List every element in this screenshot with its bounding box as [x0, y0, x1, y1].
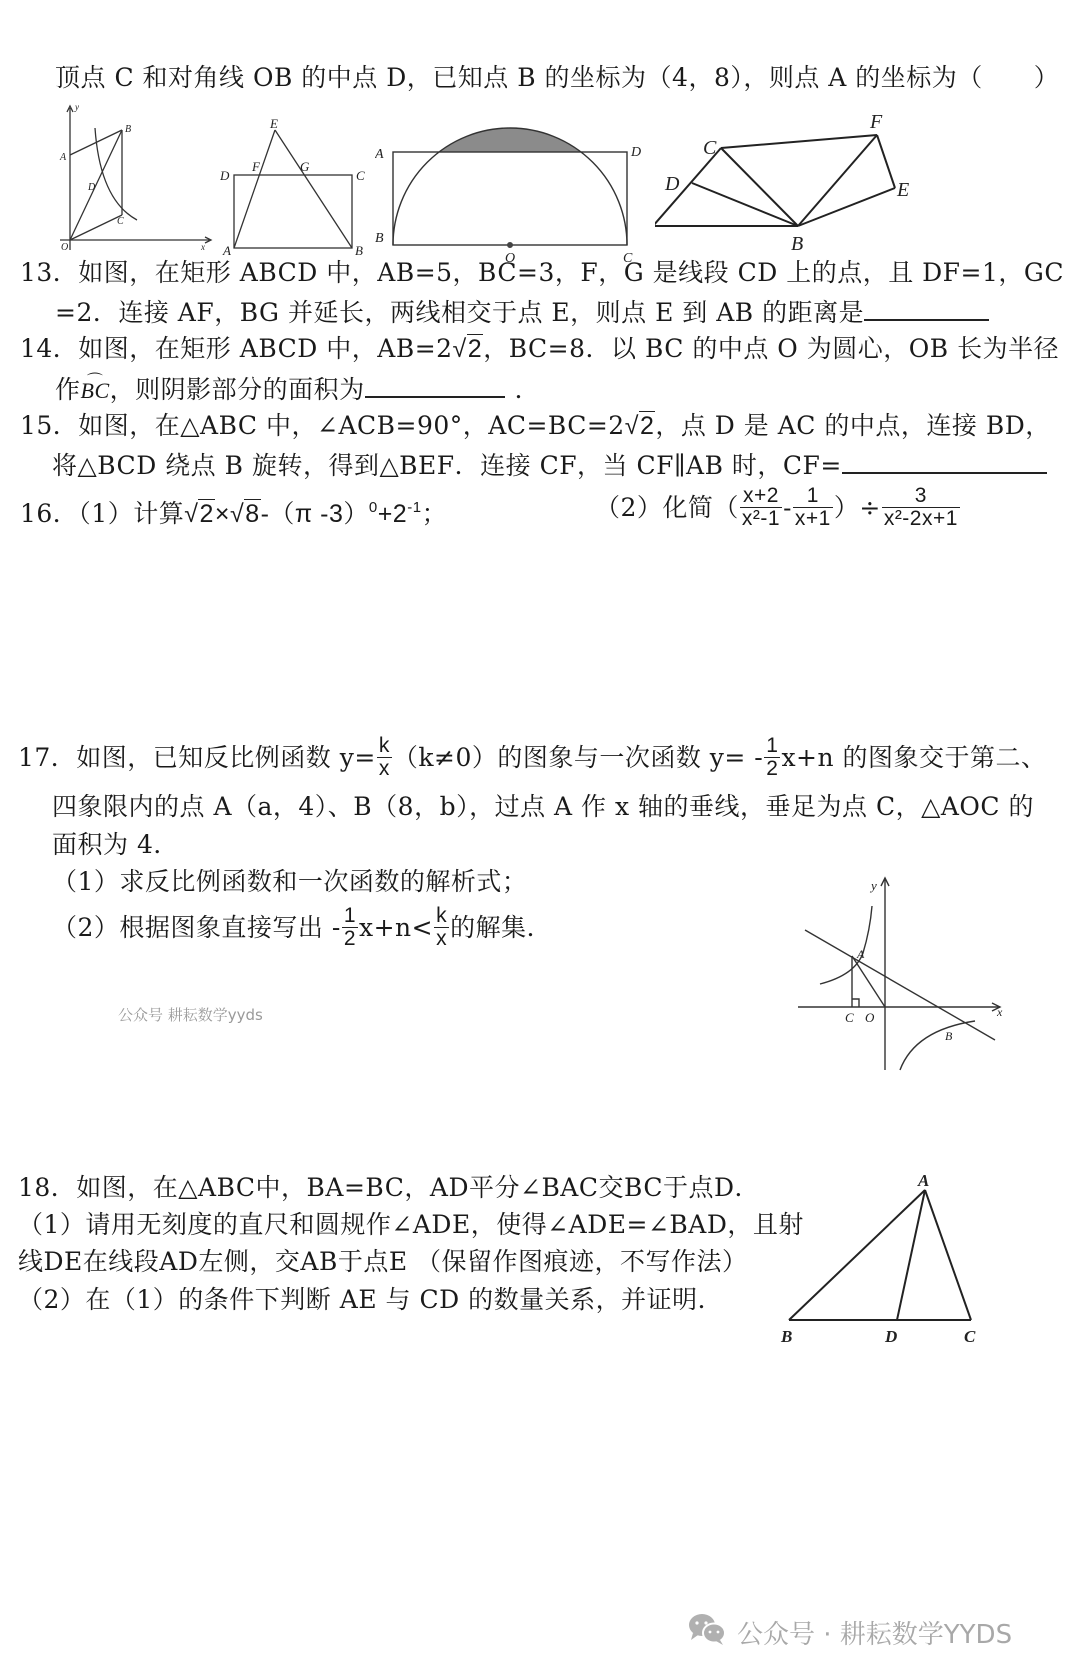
q18-line-3: 线DE在线段AD左侧，交AB于点E （保留作图痕迹，不写作法） — [18, 1246, 748, 1278]
fig17-label-c: C — [845, 1010, 854, 1025]
q14-line-2-a: 作 — [55, 375, 81, 404]
q14-answer-blank[interactable] — [365, 372, 505, 398]
q13-line-2-text: =2．连接 AF，BG 并延长，两线相交于点 E，则点 E 到 AB 的距离是 — [55, 298, 864, 327]
q17-sub-1: （1）求反比例函数和一次函数的解析式； — [52, 866, 527, 898]
fraction: 3x²-2x+1 — [882, 485, 960, 530]
fig14-label-d: D — [630, 145, 641, 160]
fig18-label-d: D — [884, 1327, 897, 1346]
q15-line-1: 15．如图，在△ABC 中，∠ACB=90°，AC=BC=2√2，点 D 是 A… — [20, 410, 1051, 442]
fig15-label-c: C — [703, 137, 717, 159]
inline-watermark: 公众号 耕耘数学yyds — [118, 1004, 263, 1025]
fig12-label-b: B — [125, 124, 131, 135]
q13-line-1: 13．如图，在矩形 ABCD 中，AB=5，BC=3，F，G 是线段 CD 上的… — [20, 257, 1064, 289]
q17-line-1: 17．如图，已知反比例函数 y= kx （k≠0）的图象与一次函数 y= - 1… — [18, 735, 1047, 780]
fraction: 1x+1 — [793, 485, 833, 530]
fig12-label-y: y — [74, 102, 79, 112]
fig17-label-o: O — [865, 1010, 875, 1025]
figure-q15-rotation: C F D E A B — [655, 108, 960, 263]
fig13-label-a: A — [222, 243, 231, 257]
q16-part-1: 16．（1）计算√2×√8-（π -3）0+2-1； — [20, 492, 447, 530]
fig12-label-d: D — [87, 182, 96, 193]
q13-answer-blank[interactable] — [864, 295, 989, 321]
q14-line-2-b: ，则阴影部分的面积为 — [110, 375, 365, 404]
q18-line-4: （2）在（1）的条件下判断 AE 与 CD 的数量关系，并证明． — [18, 1284, 723, 1316]
fig17-label-y: y — [869, 878, 877, 893]
q14-line-2: 作⌒BC，则阴影部分的面积为． — [55, 372, 540, 407]
fig17-label-x: x — [996, 1005, 1003, 1019]
q15-line-2-text: 将△BCD 绕点 B 旋转，得到△BEF．连接 CF，当 CF∥AB 时，CF= — [52, 451, 842, 480]
fig13-label-e: E — [269, 116, 278, 131]
q15-line-2: 将△BCD 绕点 B 旋转，得到△BEF．连接 CF，当 CF∥AB 时，CF= — [52, 448, 1047, 482]
fig13-label-b: B — [355, 243, 363, 257]
fig15-label-e: E — [896, 179, 909, 201]
q18-line-2: （1）请用无刻度的直尺和圆规作∠ADE，使得∠ADE=∠BAD，且射 — [18, 1209, 804, 1241]
fig17-label-b: B — [945, 1029, 953, 1043]
footer-watermark: 公众号 · 耕耘数学YYDS — [687, 1612, 1012, 1653]
figure-q13-rectangle: E F G D C A B — [220, 112, 370, 257]
sqrt-symbol: √2 — [453, 334, 484, 363]
fig12-label-c: C — [117, 216, 124, 227]
figure-q12-coordinate: y A B D C O x — [55, 100, 215, 260]
figure-q18-triangle: A B D C — [775, 1168, 990, 1353]
q17-line-2: 四象限内的点 A（a，4）、B（8，b），过点 A 作 x 轴的垂线，垂足为点 … — [52, 791, 1034, 823]
q15-answer-blank[interactable] — [842, 448, 1047, 474]
arc-bc: ⌒BC — [81, 378, 110, 403]
fig17-label-a: A — [856, 947, 865, 961]
fig14-label-b: B — [375, 231, 384, 246]
fig15-label-d: D — [664, 173, 680, 195]
fig13-label-f: F — [251, 159, 261, 174]
fig12-label-o: O — [61, 242, 68, 253]
fig15-label-f: F — [869, 111, 883, 133]
fig14-label-a: A — [375, 147, 384, 162]
fig13-label-d: D — [220, 168, 230, 183]
q17-line-3: 面积为 4． — [52, 829, 179, 861]
figure-q14-semicircle: A D B O C — [375, 112, 650, 262]
q18-line-1: 18．如图，在△ABC中，BA=BC，AD平分∠BAC交BC于点D． — [18, 1172, 760, 1204]
q16-part-2: （2）化简（ x+2x²-1 - 1x+1 ）÷ 3x²-2x+1 — [595, 485, 961, 530]
fig12-label-a: A — [59, 152, 67, 163]
q13-line-2: =2．连接 AF，BG 并延长，两线相交于点 E，则点 E 到 AB 的距离是 — [55, 295, 989, 329]
figure-q17-function-graph: y A C O x B — [795, 870, 1010, 1075]
q15-line-1-a: 15．如图，在△ABC 中，∠ACB=90°，AC=BC=2 — [20, 411, 625, 440]
fig18-label-b: B — [780, 1327, 792, 1346]
fig18-label-a: A — [917, 1171, 929, 1190]
q12-line: 顶点 C 和对角线 OB 的中点 D，已知点 B 的坐标为（4，8），则点 A … — [55, 62, 1059, 94]
sqrt-symbol: √2 — [625, 411, 656, 440]
q14-line-1: 14．如图，在矩形 ABCD 中，AB=2√2，BC=8．以 BC 的中点 O … — [20, 333, 1059, 365]
q14-line-1-a: 14．如图，在矩形 ABCD 中，AB=2 — [20, 334, 453, 363]
fig18-label-c: C — [964, 1327, 976, 1346]
footer-watermark-text: 公众号 · 耕耘数学YYDS — [737, 1614, 1012, 1651]
q15-line-1-b: ，点 D 是 AC 的中点，连接 BD， — [655, 411, 1050, 440]
q17-sub-2: （2）根据图象直接写出 - 12 x+n< kx 的解集． — [52, 905, 552, 950]
fraction: x+2x²-1 — [740, 485, 782, 530]
q14-line-1-b: ，BC=8．以 BC 的中点 O 为圆心，OB 长为半径 — [483, 334, 1059, 363]
fig12-label-x: x — [200, 242, 205, 252]
fig13-label-c: C — [356, 168, 365, 183]
fig13-label-g: G — [300, 159, 310, 174]
fig15-label-b: B — [791, 233, 803, 255]
wechat-icon — [687, 1612, 727, 1653]
